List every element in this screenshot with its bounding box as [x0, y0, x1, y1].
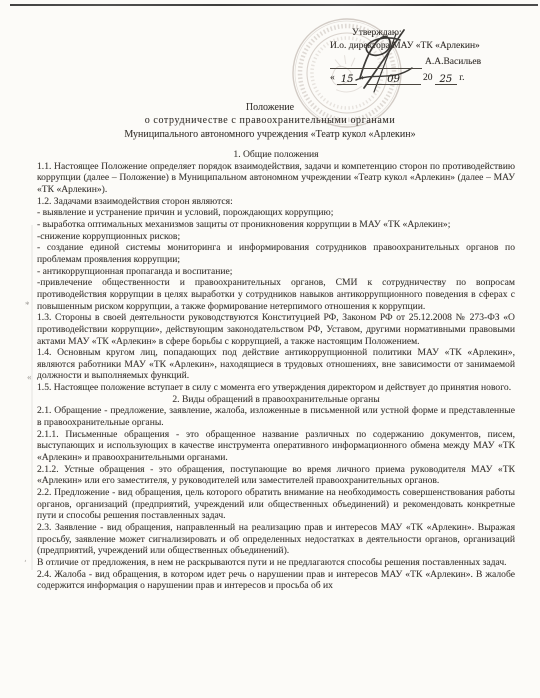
date-year-prefix: 20 — [423, 73, 433, 83]
document-paragraph: - выявление и устранение причин и услови… — [37, 207, 515, 219]
scan-noise-mark: « — [27, 372, 32, 382]
scanned-document-page: * « ¸ Утверждаю: И.о. директора МАУ «ТК … — [0, 0, 540, 698]
document-paragraph: 2.1.2. Устные обращения - это обращения,… — [37, 464, 515, 487]
document-paragraph: 2.1. Обращение - предложение, заявление,… — [37, 405, 515, 428]
document-paragraph: 2.4. Жалоба - вид обращения, в котором и… — [37, 569, 515, 592]
document-paragraph: 1. Общие положения — [37, 149, 515, 161]
scan-noise-mark: * — [25, 300, 30, 310]
document-paragraph: - антикоррупционная пропаганда и воспита… — [37, 266, 515, 278]
title-line-2: о сотрудничестве с правоохранительными о… — [0, 114, 540, 127]
document-paragraph: В отличие от предложения, в нем не раскр… — [37, 557, 515, 569]
scan-artifact-line — [10, 4, 538, 6]
document-paragraph: 2.2. Предложение - вид обращения, цель к… — [37, 487, 515, 522]
document-body: 1. Общие положения1.1. Настоящее Положен… — [37, 149, 515, 592]
quote-open: « — [330, 73, 335, 83]
date-suffix: г. — [459, 73, 464, 83]
quote-close: » — [360, 73, 365, 83]
date-month-handwritten: 09 — [387, 74, 400, 85]
document-paragraph: 1.1. Настоящее Положение определяет поря… — [37, 161, 515, 196]
date-day-handwritten: 15 — [341, 74, 354, 85]
scan-noise-mark: ¸ — [24, 553, 27, 562]
document-paragraph: -снижение коррупционных рисков; — [37, 231, 515, 243]
approval-date-row: « 15 » 09 20 25 г. — [330, 72, 515, 85]
title-line-1: Положение — [0, 101, 540, 114]
document-paragraph: 1.5. Настоящее положение вступает в силу… — [37, 382, 515, 394]
approver-position: И.о. директора МАУ «ТК «Арлекин» — [330, 40, 515, 53]
document-paragraph: 2.1.1. Письменные обращения - это обраще… — [37, 429, 515, 464]
document-paragraph: 1.4. Основным кругом лиц, попадающих под… — [37, 347, 515, 382]
document-paragraph: 1.2. Задачами взаимодействия сторон явля… — [37, 196, 515, 208]
scan-artifact-streak — [31, 225, 33, 570]
document-paragraph: - создание единой системы мониторинга и … — [37, 242, 515, 265]
document-paragraph: 2.3. Заявление - вид обращения, направле… — [37, 522, 515, 557]
signature-line — [330, 59, 422, 69]
signer-name: А.А.Васильев — [425, 56, 481, 69]
document-paragraph: -привлечение общественности и правоохран… — [37, 277, 515, 312]
approval-label: Утверждаю: — [330, 27, 515, 40]
document-paragraph: 1.3. Стороны в своей деятельности руково… — [37, 312, 515, 347]
signature-row: А.А.Васильев — [330, 56, 515, 69]
approval-block: Утверждаю: И.о. директора МАУ «ТК «Арлек… — [330, 27, 515, 85]
date-year-handwritten: 25 — [440, 74, 453, 85]
document-paragraph: - выработка оптимальных механизмов защит… — [37, 219, 515, 231]
document-title: Положение о сотрудничестве с правоохрани… — [0, 101, 540, 141]
title-line-3: Муниципального автономного учреждения «Т… — [0, 128, 540, 141]
document-paragraph: 2. Виды обращений в правоохранительные о… — [37, 394, 515, 406]
